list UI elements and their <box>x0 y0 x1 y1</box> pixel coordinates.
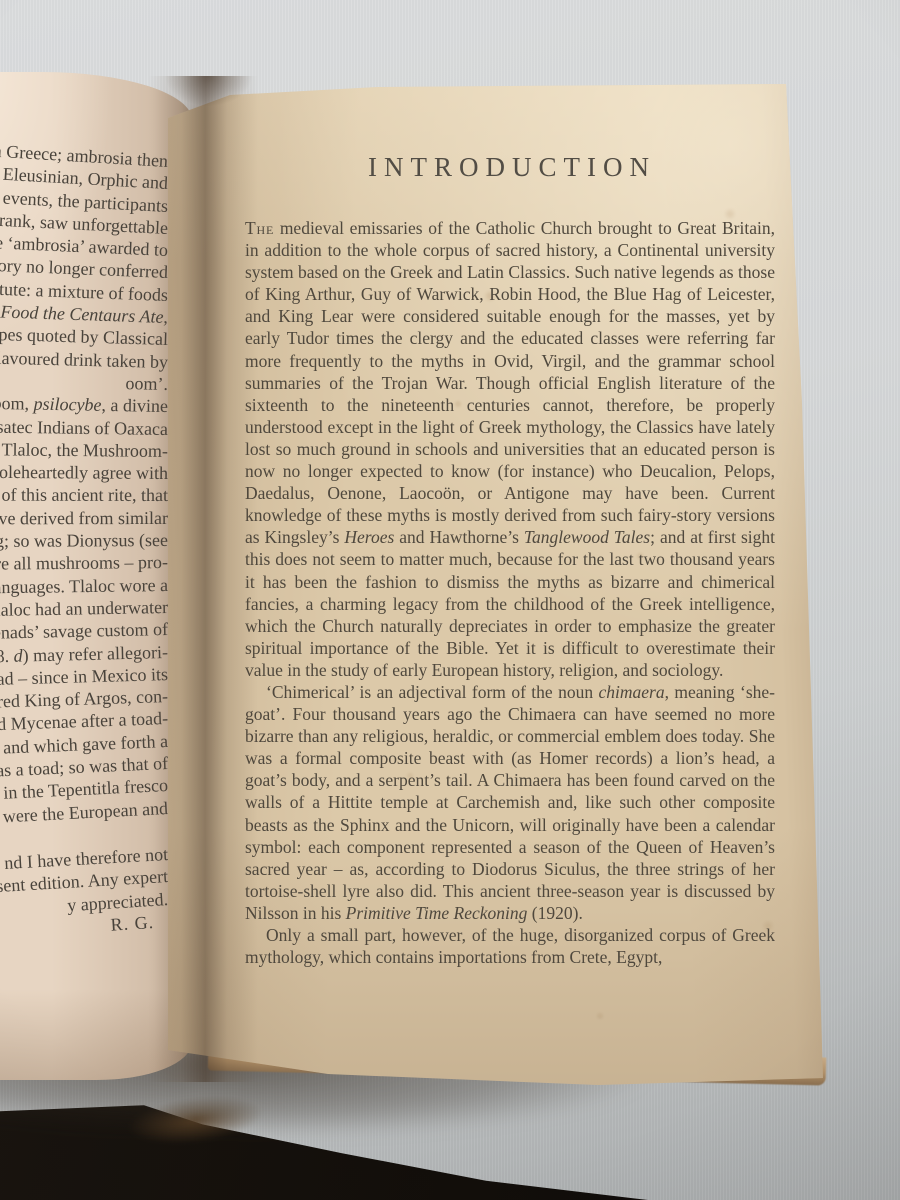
text-segment: laloc had an underwater <box>0 597 168 620</box>
text-segment: ‘Chimerical’ is an adjectival form of th… <box>266 682 598 702</box>
paragraph: Only a small part, however, of the huge,… <box>245 924 775 968</box>
text-segment: The <box>245 218 274 238</box>
text-segment: of this ancient rite, that <box>2 485 168 505</box>
text-segment: ) may refer allegori- <box>22 642 168 666</box>
left-page-line: ave derived from similar <box>0 507 168 530</box>
text-segment: oom’. <box>125 373 168 394</box>
text-segment: and Hawthorne’s <box>394 527 524 547</box>
text-segment: anguages. Tlaloc wore a <box>0 575 168 597</box>
text-segment: e Tlaloc, the Mushroom- <box>0 439 168 461</box>
text-segment: satec Indians of Oaxaca <box>0 416 168 438</box>
text-segment: ; and at first sight this does not seem … <box>245 527 775 680</box>
text-segment: R. G. <box>110 912 155 935</box>
text-segment: flavoured drink taken by <box>0 347 168 371</box>
left-page-line: holeheartedly agree with <box>0 460 168 484</box>
text-segment: (1920). <box>527 903 582 923</box>
left-page-line: g; so was Dionysus (see <box>0 529 168 553</box>
text-segment: , <box>163 307 168 327</box>
text-segment: enads’ savage custom of <box>0 619 168 643</box>
text-segment: psilocybe <box>33 394 101 415</box>
text-segment: Heroes <box>344 527 394 547</box>
left-page-line: of this ancient rite, that <box>0 484 168 507</box>
text-segment: Primitive Time Reckoning <box>346 903 528 923</box>
text-segment: Only a small part, however, of the huge,… <box>245 925 775 967</box>
left-page-line: are all mushrooms – pro- <box>0 551 168 576</box>
text-segment: room, <box>0 393 34 414</box>
text-segment: medieval emissaries of the Catholic Chur… <box>245 218 775 547</box>
text-segment: , a divine <box>101 395 168 416</box>
chapter-heading: INTRODUCTION <box>248 152 776 183</box>
text-segment: cipes quoted by Classical <box>0 324 168 349</box>
text-segment: , meaning ‘she-goat’. Four thousand year… <box>245 682 775 923</box>
text-segment: chimaera <box>598 682 664 702</box>
paragraph: The medieval emissaries of the Catholic … <box>245 217 775 681</box>
text-segment: Tanglewood Tales <box>524 527 650 547</box>
right-page-body: The medieval emissaries of the Catholic … <box>245 217 775 968</box>
left-page-line: e Tlaloc, the Mushroom- <box>0 437 168 462</box>
text-segment: g; so was Dionysus (see <box>0 530 168 551</box>
right-page: INTRODUCTION The medieval emissaries of … <box>168 84 824 1086</box>
left-page-line: satec Indians of Oaxaca <box>0 413 168 439</box>
left-page-text: n Greece; ambrosia thene Eleusinian, Orp… <box>0 150 168 932</box>
paper-foxing-spots <box>168 84 172 88</box>
text-segment: 28. <box>0 645 14 666</box>
text-segment: holeheartedly agree with <box>0 462 168 483</box>
left-page-line: room, psilocybe, a divine <box>0 390 168 418</box>
text-segment: are all mushrooms – pro- <box>0 552 168 574</box>
photo-scene: n Greece; ambrosia thene Eleusinian, Orp… <box>0 0 900 1200</box>
paragraph: ‘Chimerical’ is an adjectival form of th… <box>245 681 775 924</box>
text-segment: ave derived from similar <box>0 508 168 528</box>
